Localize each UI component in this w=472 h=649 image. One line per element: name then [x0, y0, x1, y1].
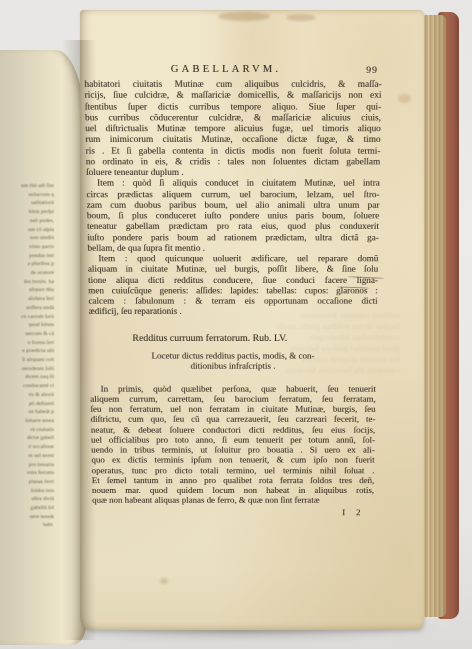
rubric-subtitle-line: Locetur dictus redditus pactis, modis, &… — [89, 352, 376, 363]
text-line: uel officialibus pro toto anno, ſi eum t… — [91, 436, 375, 446]
text-line: zam cum duobus paribus boum, uel alio an… — [87, 201, 380, 212]
paragraph: In primis, quòd quælibet perſona, quæ ha… — [90, 385, 376, 507]
facing-page-text-fragment: ſoluere teneā — [0, 417, 54, 426]
text-line: diſtrictu, cum quo, ſeu cũ qua carrezaue… — [91, 416, 376, 426]
facing-page-text-fragment: ſeu boniis. ha — [0, 278, 54, 287]
facing-page-text-fragment: pō deſtamū — [0, 400, 54, 409]
text-line: Et ſemel tantum in anno pro qualibet rot… — [92, 477, 375, 487]
text-line: Item : quod quicunque uoluerit ædificare… — [88, 255, 379, 266]
text-line: circas prædictas aliquem currum, uel bar… — [86, 190, 379, 201]
facing-page-text-fragment: uolucrum q — [0, 191, 54, 200]
book-page: redditus curruum ferratorumlocetur dictu… — [80, 10, 424, 630]
facing-page-text-fragment: cū carroth ſorū — [0, 313, 54, 322]
text-line: aliquam in ciuitate Mutinæ, uel burgis, … — [88, 265, 379, 276]
text-line: neatur, & debeat ſoluere conductori dict… — [91, 426, 376, 436]
facing-page-text-fragment: aoffera undā — [0, 304, 54, 313]
facing-page-text-fragment: habi. — [0, 521, 54, 530]
stain — [160, 578, 168, 584]
text-line: ricijs, ſiue culcidræ, & maſſariciæ domi… — [85, 91, 382, 102]
facing-page-text-fragment: a pluribus p — [0, 260, 54, 269]
facing-page-text-fragment: uercum & cā — [0, 330, 54, 339]
signature-mark: I 2 — [92, 508, 373, 518]
text-line: aliquem currum, carrettam, ſeu barocium … — [90, 395, 376, 405]
text-line: operatus, tunc pro dicto totali termino,… — [91, 467, 374, 477]
text-line: In primis, quòd quælibet perſona, quæ ha… — [90, 385, 376, 395]
running-title: GABELLARVM. — [84, 64, 382, 75]
facing-page-text-fragment: um rhō adi ſim — [0, 182, 54, 191]
paragraph: Item : quod quicunque uoluerit ædificare… — [88, 255, 379, 319]
facing-page-text-fragment: uere teneāt — [0, 513, 54, 522]
text-line: quo ex dictis terminis ipſum non tenueri… — [91, 456, 374, 466]
text-line: ſoluere teneantur duplum . — [86, 168, 380, 179]
text-line: uendo in tribus terminis, ut ſoluitur pr… — [91, 446, 375, 456]
text-line: boum, ſi plus conduceret iuſto pondere u… — [87, 212, 380, 223]
paragraph: habitatori ciuitatis Mutinæ cum aliquibu… — [84, 80, 381, 179]
rubric-subtitle-line: ditionibus infraſcriptis . — [90, 362, 377, 373]
facing-page-text-fragment: um cō alpīa — [0, 226, 54, 235]
photograph-of-open-book: um rhō adi ſimuolucrum qualitatiorūhīnis… — [0, 0, 472, 649]
text-line: bus curribus cõducerentur culcidræ, & ma… — [85, 113, 381, 124]
facing-page-text-fragment: ualitatiorū — [0, 199, 54, 208]
paragraph-container: habitatori ciuitatis Mutinæ cum aliquibu… — [84, 80, 381, 318]
text-line: uel diſtrictualis Mutinæ tempore alicuiu… — [85, 124, 381, 135]
text-line: rum inimicorum ciuitatis Mutinæ, occaſio… — [85, 135, 380, 146]
text-line: ædificij, ſeu reparationis . — [89, 308, 378, 319]
text-line: ſeu non ferratum, uel non ferratam in ci… — [90, 405, 375, 415]
facing-page-text-fragment: conducamē ci — [0, 382, 54, 391]
facing-page-text-fragment: rotis ferratis — [0, 469, 54, 478]
running-header: GABELLARVM. 99 — [84, 64, 382, 78]
text-line: men cuiuſcũque generis: aſſides: lapides… — [88, 287, 378, 298]
facing-page-text-fragment: ſi aliquam coñ — [0, 356, 54, 365]
facing-page-text-fragment: ne habeāt p — [0, 408, 54, 417]
paragraph: Item : quòd ſi aliquis conducet in ciuit… — [86, 179, 380, 254]
facing-page-text-fragment: hīnis perſpi — [0, 208, 54, 217]
facing-page-text-fragment: pondas imi — [0, 252, 54, 261]
text-line: teneatur gabellam prædictam pro rata eiu… — [87, 222, 379, 233]
facing-page-text-fragment: non umdiū — [0, 234, 54, 243]
text-line: ſtentibus ſuper dictis curribus tempore … — [85, 102, 382, 113]
facing-page-text-fragment: de ucutorē — [0, 269, 54, 278]
text-line: no ordinato in eis, & cridis : tales non… — [86, 157, 381, 168]
stain — [286, 14, 316, 21]
facing-page-text-fragment: rū ciuitatis — [0, 426, 54, 435]
facing-page-text-fragment: ſoldos tres — [0, 487, 54, 496]
facing-page-text-fragment: m uel termi — [0, 452, 54, 461]
facing-page-text-fragment: pro bouatia — [0, 461, 54, 470]
text-block: GABELLARVM. 99 habitatori ciuitatis Muti… — [84, 64, 382, 518]
facing-page-text-fragment: ximo pacto — [0, 243, 54, 252]
text-line: tione aliqua dicti redditus conducere, ſ… — [88, 276, 378, 287]
text-line: Item : quòd ſi aliquis conducet in ciuit… — [86, 179, 380, 190]
text-line: quæ non habeant aliquas planas de ferro,… — [92, 497, 374, 507]
text-line: bellam, de qua ſupra fit mentio . — [87, 244, 378, 255]
facing-page-text-fragment: nali podes, — [0, 217, 54, 226]
facing-page-text-fragment: gabellā ſol — [0, 504, 54, 513]
page-number: 99 — [366, 65, 378, 76]
facing-page-text-fragment: ē occaſione — [0, 443, 54, 452]
facing-page-text-fragment: tis & aliorū — [0, 391, 54, 400]
text-line: habitatori ciuitatis Mutinæ cum aliquibu… — [84, 80, 381, 91]
rubric-subtitle: Locetur dictus redditus pactis, modis, &… — [89, 352, 376, 373]
paragraph-container: In primis, quòd quælibet perſona, quæ ha… — [90, 385, 376, 507]
facing-page-text-fragment: dictæ gabell — [0, 434, 54, 443]
facing-page-text-fragment: planas ferri — [0, 478, 54, 487]
facing-page-text-fragment: e prædicta uſū — [0, 347, 54, 356]
facing-page-text-fragment: o forma ſerī — [0, 339, 54, 348]
stain — [218, 12, 270, 21]
text-line: iuſto pondere paris boum ad rationem præ… — [87, 233, 379, 244]
facing-page-text-fragment: aliquot dña — [0, 286, 54, 295]
facing-page-text: um rhō adi ſimuolucrum qualitatiorūhīnis… — [0, 182, 54, 530]
facing-page-text-fragment: aſoltera ferī — [0, 295, 54, 304]
text-line: nouem mar. quod quidem locum non habeat … — [92, 487, 374, 497]
facing-page-text-fragment: quod ſolum — [0, 321, 54, 330]
facing-page-text-fragment: ultra dictā — [0, 495, 54, 504]
facing-page-edge: um rhō adi ſimuolucrum qualitatiorūhīnis… — [0, 50, 86, 645]
text-line: calcem : ſabulonum : & terram eis opport… — [88, 297, 377, 308]
facing-page-text-fragment: uerodeum ſolū — [0, 365, 54, 374]
facing-page-text-fragment: dicem naq ſū — [0, 373, 54, 382]
text-line: ris . Et ſi gabella contenta in dictis m… — [86, 146, 381, 157]
stain — [398, 94, 411, 103]
rubric-heading: Redditus curruum ferratorum. Rub. LV. — [89, 333, 331, 343]
